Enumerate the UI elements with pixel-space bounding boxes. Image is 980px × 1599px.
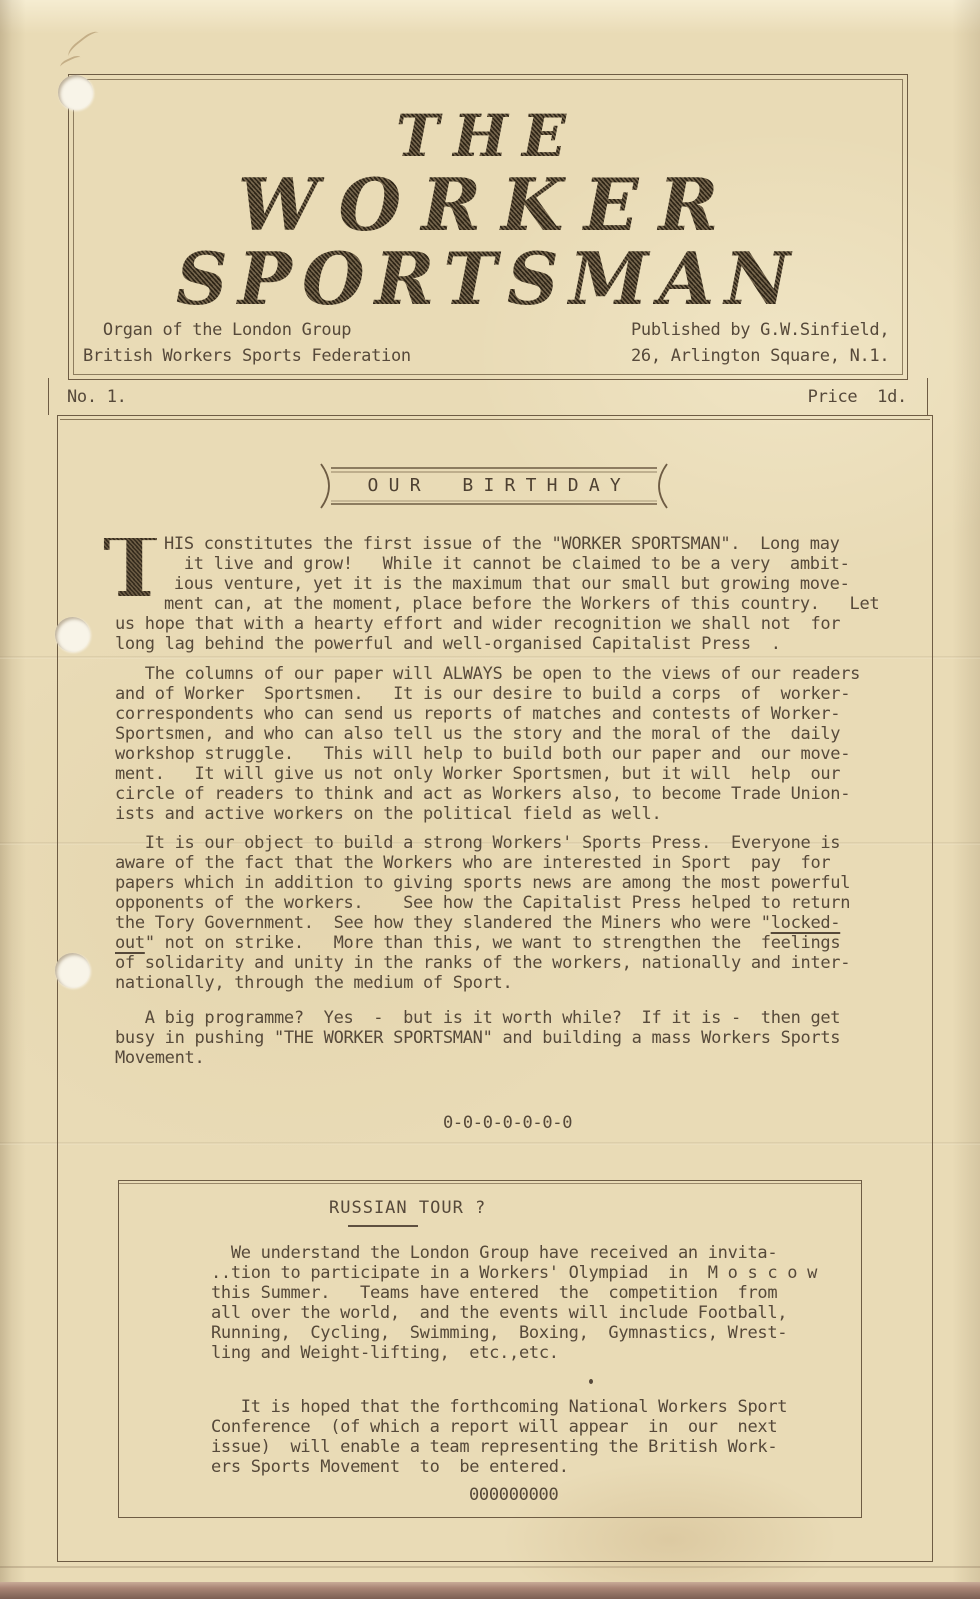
masthead-title-the: THE	[69, 107, 907, 165]
russian-tour-heading: RUSSIAN TOUR ?	[329, 1198, 486, 1218]
heading-underline	[348, 1225, 418, 1227]
masthead-left-credit: Organ of the London Group British Worker…	[83, 317, 411, 369]
punch-hole	[55, 953, 90, 988]
issue-number: No. 1.	[67, 387, 127, 407]
masthead: THE WORKER SPORTSMAN Organ of the London…	[68, 74, 908, 380]
masthead-right-credit: Published by G.W.Sinfield, 26, Arlington…	[631, 317, 889, 369]
punch-hole	[58, 75, 93, 110]
russian-tour-box: RUSSIAN TOUR ? We understand the London …	[118, 1180, 862, 1518]
russian-paragraph-1: We understand the London Group have rece…	[211, 1243, 817, 1363]
masthead-title-sportsman: SPORTSMAN	[69, 243, 907, 315]
paper-bottom-edge	[0, 1582, 980, 1599]
russian-separator: 000000000	[469, 1485, 558, 1505]
punch-hole	[55, 617, 90, 652]
newsletter-page: THE WORKER SPORTSMAN Organ of the London…	[0, 0, 980, 1599]
pencil-mark	[59, 54, 83, 72]
issue-strip: No. 1. Price 1d.	[48, 378, 928, 415]
masthead-title-worker: WORKER	[69, 169, 907, 241]
stray-ink-dot	[589, 1379, 593, 1384]
russian-paragraph-2: It is hoped that the forthcoming Nationa…	[211, 1397, 787, 1477]
price: Price 1d.	[808, 387, 907, 407]
paper-edge-line	[0, 1566, 980, 1568]
